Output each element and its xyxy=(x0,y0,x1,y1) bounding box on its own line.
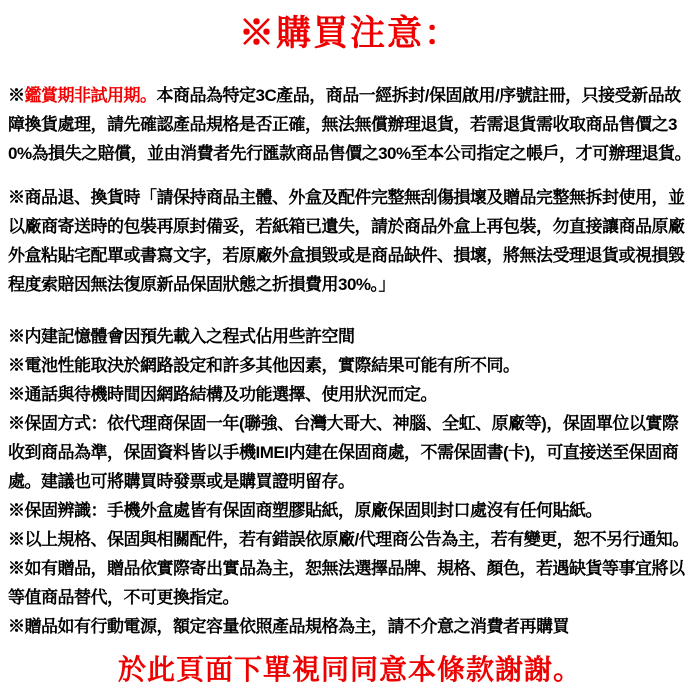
notice-item-battery: ※電池性能取決於網路設定和許多其他因素，實際結果可能有所不同。 xyxy=(8,351,692,380)
notice-paragraph-return-exchange: ※商品退、換貨時「請保持商品主體、外盒及配件完整無刮傷損壞及贈品完整無拆封使用，… xyxy=(8,183,692,299)
notice-item-warranty-identification: ※保固辨識：手機外盒處皆有保固商塑膠貼紙，原廠保固則封口處沒有任何貼紙。 xyxy=(8,496,692,525)
inspection-period-highlight: 鑑賞期非試用期。 xyxy=(25,86,157,105)
paragraph-marker: ※ xyxy=(8,86,25,105)
notice-item-list: ※内建記憶體會因預先載入之程式佔用些許空間 ※電池性能取決於網路設定和許多其他因… xyxy=(8,322,692,641)
footer-agreement-note: 於此頁面下單視同同意本條款謝謝。 xyxy=(8,652,692,688)
notice-paragraph-inspection-period: ※鑑賞期非試用期。本商品為特定3C產品，商品一經拆封/保固啟用/序號註冊，只接受… xyxy=(8,81,692,168)
notice-item-spec-changes: ※以上規格、保固與相關配件，若有錯誤依原廠/代理商公告為主，若有變更，恕不另行通… xyxy=(8,525,692,554)
notice-item-free-gifts: ※如有贈品，贈品依實際寄出實品為主，恕無法選擇品牌、規格、顏色，若遇缺貨等事宜將… xyxy=(8,554,692,612)
notice-item-memory: ※内建記憶體會因預先載入之程式佔用些許空間 xyxy=(8,322,692,351)
notice-item-talk-standby-time: ※通話與待機時間因網路結構及功能選擇、使用狀況而定。 xyxy=(8,380,692,409)
page-title: ※購買注意： xyxy=(8,12,692,56)
notice-item-warranty-method: ※保固方式：依代理商保固一年(聯強、台灣大哥大、神腦、全虹、原廠等)，保固單位以… xyxy=(8,409,692,496)
purchase-notice-page: ※購買注意： ※鑑賞期非試用期。本商品為特定3C產品，商品一經拆封/保固啟用/序… xyxy=(0,0,700,700)
notice-item-power-bank-capacity: ※贈品如有行動電源，額定容量依照產品規格為主，請不介意之消費者再購買 xyxy=(8,612,692,641)
